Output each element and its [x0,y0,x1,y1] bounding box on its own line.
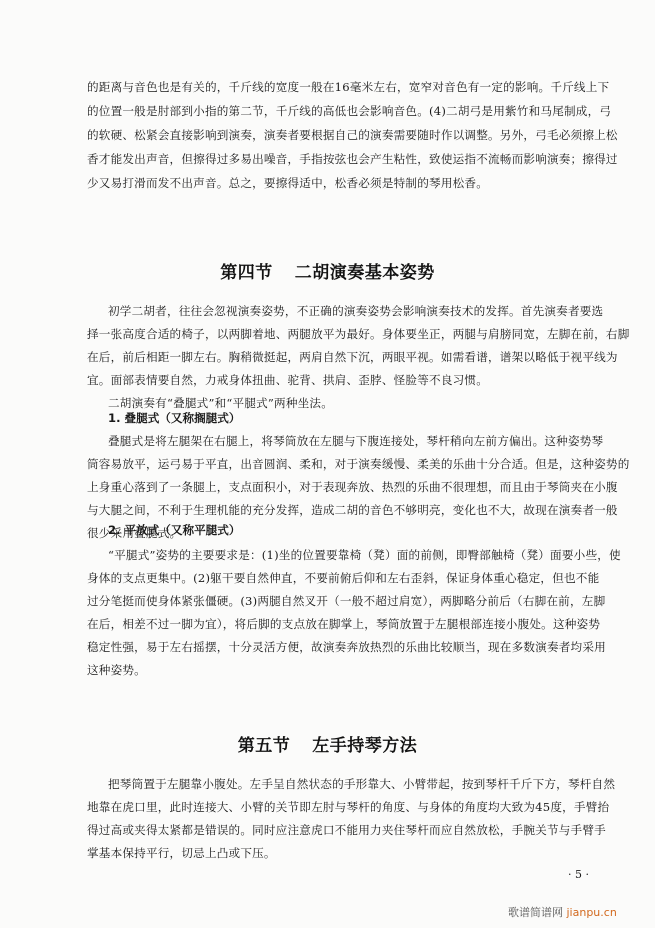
text-line: 在后，前后相距一脚左右。胸稍微挺起，两肩自然下沉，两眼平视。如需看谱，谱架以略低… [87,350,597,364]
text-line: 宜。面部表情要自然，力戒身体扭曲、驼背、拱肩、歪脖、怪脸等不良习惯。 [87,373,597,387]
text-line: 筒容易放平，运弓易于平直，出音圆润、柔和，对于演奏缓慢、柔美的乐曲十分合适。但是… [87,457,597,471]
text-line: 的距离与音色也是有关的，千斤线的宽度一般在16毫米左右，宽窄对音色有一定的影响。… [87,80,597,94]
watermark-site-name: 歌谱简谱网 [508,906,563,919]
text-line: 上身重心落到了一条腿上，支点面积小，对于表现奔放、热烈的乐曲不很理想，而且由于琴… [87,480,597,494]
page-number: · 5 · [568,868,589,881]
section-number: 第四节 [220,263,273,283]
text-line: 地靠在虎口里，此时连接大、小臂的关节即左肘与琴杆的角度、与身体的角度均大致为45… [87,800,597,814]
text-line: 这种姿势。 [87,663,597,677]
text-line: 与大腿之间，不利于生理机能的充分发挥，造成二胡的音色不够明亮，变化也不大，故现在… [87,503,597,517]
text-line: 在后，相差不过一脚为宜），将后脚的支点放在脚掌上，琴筒放置于左腿根部连接小腹处。… [87,617,597,631]
watermark: 歌谱简谱网 jianpu.cn [508,904,617,920]
text-line: 掌基本保持平行，切忌上凸或下压。 [87,846,597,860]
text-line: 稳定性强，易于左右摇摆，十分灵活方便，故演奏奔放热烈的乐曲比较顺当，现在多数演奏… [87,640,597,654]
subheading-1: 1. 叠腿式（又称搁腿式） [108,411,240,425]
subheading-2: 2. 平放式（又称平腿式） [108,523,240,537]
text-line: 的软硬、松紧会直接影响到演奏，演奏者要根据自己的演奏需要随时作以调整。另外，弓毛… [87,128,597,142]
text-line: 初学二胡者，往往会忽视演奏姿势，不正确的演奏姿势会影响演奏技术的发挥。首先演奏者… [108,304,597,318]
text-line: 得过高或夹得太紧都是错误的。同时应注意虎口不能用力夹住琴杆而应自然放松，手腕关节… [87,823,597,837]
text-line: 过分笔挺而使身体紧张僵硬。(3)两腿自然叉开（一般不超过肩宽），两脚略分前后（右… [87,594,597,608]
section-number: 第五节 [238,736,291,756]
section-heading-4: 第四节二胡演奏基本姿势 [0,258,655,283]
section-heading-5: 第五节左手持琴方法 [0,731,655,756]
text-line: 择一张高度合适的椅子，以两脚着地、两腿放平为最好。身体要坐正，两腿与肩膀同宽，左… [87,327,597,341]
text-line: 叠腿式是将左腿架在右腿上，将琴筒放在左腿与下腹连接处，琴杆稍向左前方偏出。这种姿… [108,434,597,448]
text-line: 身体的支点更集中。(2)躯干要自然伸直，不要前俯后仰和左右歪斜，保证身体重心稳定… [87,571,597,585]
section-title: 左手持琴方法 [312,736,417,756]
text-line: 把琴筒置于左腿靠小腹处。左手呈自然状态的手形靠大、小臂带起，按到琴杆千斤下方，琴… [108,777,597,791]
text-line: 二胡演奏有“叠腿式”和“平腿式”两种坐法。 [108,396,597,410]
document-page: 的距离与音色也是有关的，千斤线的宽度一般在16毫米左右，宽窄对音色有一定的影响。… [0,0,655,928]
watermark-url: jianpu.cn [567,906,617,919]
text-line: 香才能发出声音，但擦得过多易出噪音，手指按弦也会产生粘性，致使运指不流畅而影响演… [87,152,597,166]
text-line: “平腿式”姿势的主要要求是：(1)坐的位置要靠椅（凳）面的前侧，即臀部触椅（凳）… [108,548,597,562]
section-title: 二胡演奏基本姿势 [295,263,435,283]
text-line: 少又易打滑而发不出声音。总之，要擦得适中，松香必须是特制的琴用松香。 [87,176,597,190]
text-line: 的位置一般是肘部到小指的第二节，千斤线的高低也会影响音色。(4)二胡弓是用紫竹和… [87,104,597,118]
